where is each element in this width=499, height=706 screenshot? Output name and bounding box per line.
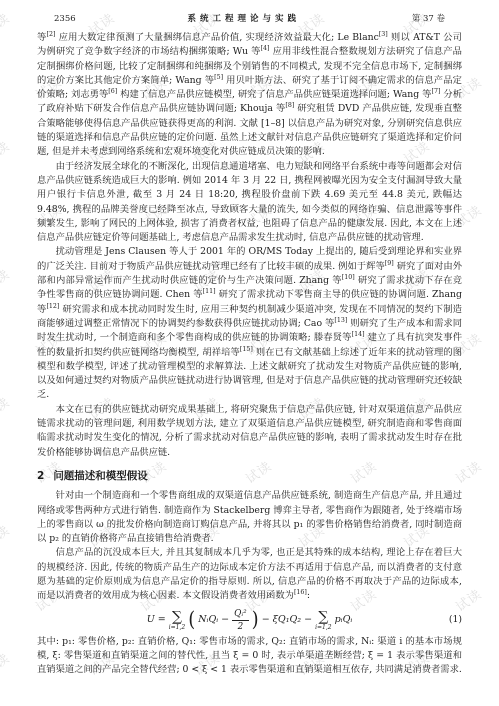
sigma-symbol-2: ∑ (318, 610, 328, 624)
fraction-numerator: Qᵢ² (232, 609, 249, 621)
page-header: 2356 系统工程理论与实践 第 37 卷 (0, 0, 499, 24)
equation-last-term: pᵢQᵢ (335, 613, 353, 627)
paragraph-literature-review: 等[2] 应用大数定律预测了大量捆绑信息产品价值, 实现经济效益最大化; Le … (37, 31, 462, 160)
page-number: 2356 (54, 14, 76, 24)
paragraph-motivation: 由于经济发展全球化的不断深化, 出现信息通道堵塞、电力短缺和网络平台系统中毒等问… (37, 160, 462, 246)
summation-operator-2: ∑ i=1,2 (315, 610, 332, 631)
journal-title: 系统工程理论与实践 (187, 12, 300, 24)
summation-limits: i=1,2 (169, 625, 186, 631)
open-paren: ( (188, 610, 195, 631)
equation-middle-term: − ξQ₁Q₂ − (262, 613, 312, 627)
paragraph-model-setup: 针对由一个制造商和一个零售商组成的双渠道信息产品供应链系统, 制造商生产信息产品… (37, 489, 462, 546)
volume-label: 第 37 卷 (412, 12, 445, 24)
fraction: Qᵢ² 2 (232, 609, 249, 632)
section-heading: 2问题描述和模型假设 (37, 469, 462, 483)
equation-body: U = ∑ i=1,2 ( NᵢQᵢ − Qᵢ² 2 ) − ξQ₁Q₂ − ∑… (147, 609, 353, 632)
paragraph-disruption-management: 扰动管理是 Jens Clausen 等人于 2001 年的 OR/MS Tod… (37, 245, 462, 402)
sigma-symbol: ∑ (172, 610, 182, 624)
fraction-denominator: 2 (238, 621, 244, 632)
close-paren: ) (252, 610, 259, 631)
section-number: 2 (37, 470, 44, 482)
section-title: 问题描述和模型假设 (53, 470, 148, 482)
summation-operator: ∑ i=1,2 (169, 610, 186, 631)
summation-limits-2: i=1,2 (315, 625, 332, 631)
body-text: 等[2] 应用大数定律预测了大量捆绑信息产品价值, 实现经济效益最大化; Le … (0, 24, 499, 678)
paragraph-cost-structure: 信息产品的沉没成本巨大, 并且其复制成本几乎为零, 也正是其特殊的成本结构, 理… (37, 546, 462, 603)
paragraph-contribution: 本文在已有的供应链扰动研究成果基础上, 将研究聚焦于信息产品供应链, 针对双渠道… (37, 403, 462, 460)
equation-number: (1) (449, 613, 462, 627)
equation-inner-term: NᵢQᵢ − (198, 613, 229, 627)
equation-lhs: U = (147, 613, 166, 627)
journal-page: 试读试读试读试读试读试读试读试读试读试读试读试读试读试读试读试读试读试读试读试读… (0, 0, 499, 706)
consumer-utility-equation: U = ∑ i=1,2 ( NᵢQᵢ − Qᵢ² 2 ) − ξQ₁Q₂ − ∑… (37, 609, 462, 632)
paragraph-notation: 其中: p₁: 零售价格, p₂: 直销价格, Q₁: 零售市场的需求, Q₂:… (37, 635, 462, 678)
